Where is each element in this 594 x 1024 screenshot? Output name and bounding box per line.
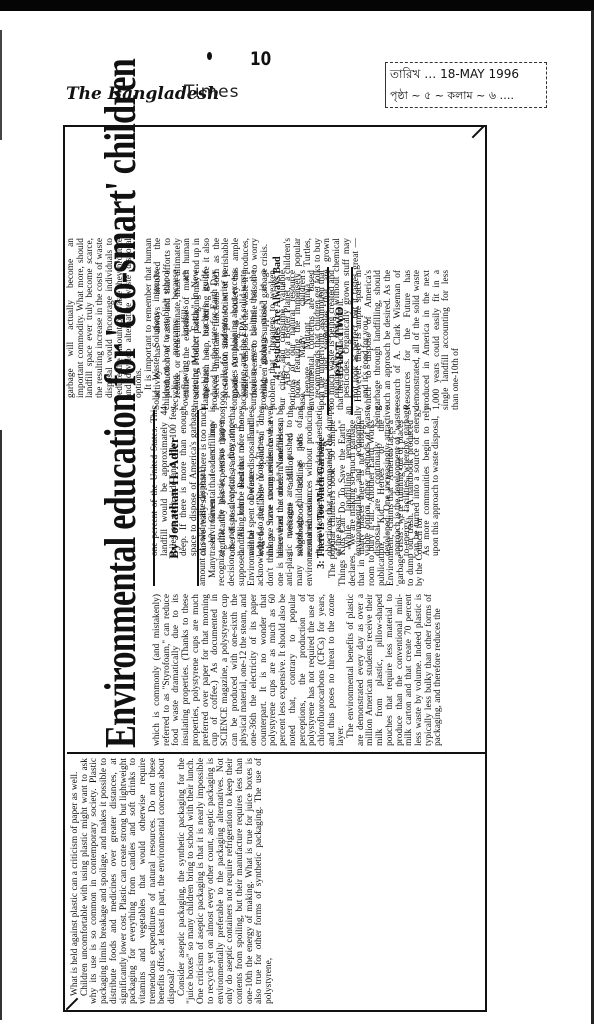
stamp-sep: ~ [435, 89, 444, 102]
stamp-column-value: ৬ [489, 89, 496, 102]
paragraph: While landfilling remains an environment… [345, 406, 442, 556]
stamp-page-line: পৃষ্ঠা ~ ৫ ~ কলাম ~ ৬ …. [390, 87, 514, 106]
subheading-4: 4: Pesticides Are Always Bad [273, 238, 283, 398]
paragraph: "ABC's for a Better Planet," a children'… [284, 238, 371, 398]
paragraph: It is important to remember that human a… [145, 238, 271, 398]
paragraph: The environmental benefits of plastic ar… [347, 594, 444, 746]
newspaper-name-handwritten: Times [184, 82, 239, 102]
scan-top-border [0, 0, 594, 11]
paragraph: which is commonly (and mistakenly) refer… [153, 594, 347, 746]
paragraph: garbage will actually become an importan… [67, 238, 145, 398]
article-column-6: garbage will actually become an importan… [67, 238, 481, 398]
stamp-date-line: তারিখ … 18-MAY 1996 [390, 66, 519, 86]
scan-left-border-lower [0, 430, 2, 1020]
stamp-sep: ~ [411, 89, 420, 102]
stamp-page-value: ৫ [424, 89, 431, 102]
archive-date-stamp: তারিখ … 18-MAY 1996 পৃষ্ঠা ~ ৫ ~ কলাম ~ … [385, 62, 547, 108]
article-clipping-continued: one percent of the United States. This l… [63, 125, 487, 560]
stamp-dots: …. [499, 89, 514, 102]
column-rule [67, 752, 487, 754]
article-column-5: one percent of the United States. This l… [151, 406, 481, 556]
stamp-date-label: তারিখ [390, 67, 420, 81]
page-number: 10 [250, 48, 271, 70]
paragraph: one percent of the United States. This l… [151, 406, 345, 556]
ink-dot [207, 52, 212, 60]
stamp-column-label: কলাম [447, 89, 472, 102]
article-column-1: What is held against plastic can a criti… [71, 758, 481, 1004]
stamp-page-label: পৃষ্ঠা [390, 89, 408, 102]
stamp-date-value: 18-MAY 1996 [440, 67, 519, 81]
paragraph: Children uncomfortable with using plasti… [81, 758, 178, 1004]
stamp-sep: ~ [476, 89, 485, 102]
article-column-2: which is commonly (and mistakenly) refer… [153, 594, 483, 746]
stamp-dots: … [424, 67, 436, 81]
paragraph: Consider aseptic packaging, the syntheti… [178, 758, 275, 1004]
scan-left-border [0, 30, 2, 140]
